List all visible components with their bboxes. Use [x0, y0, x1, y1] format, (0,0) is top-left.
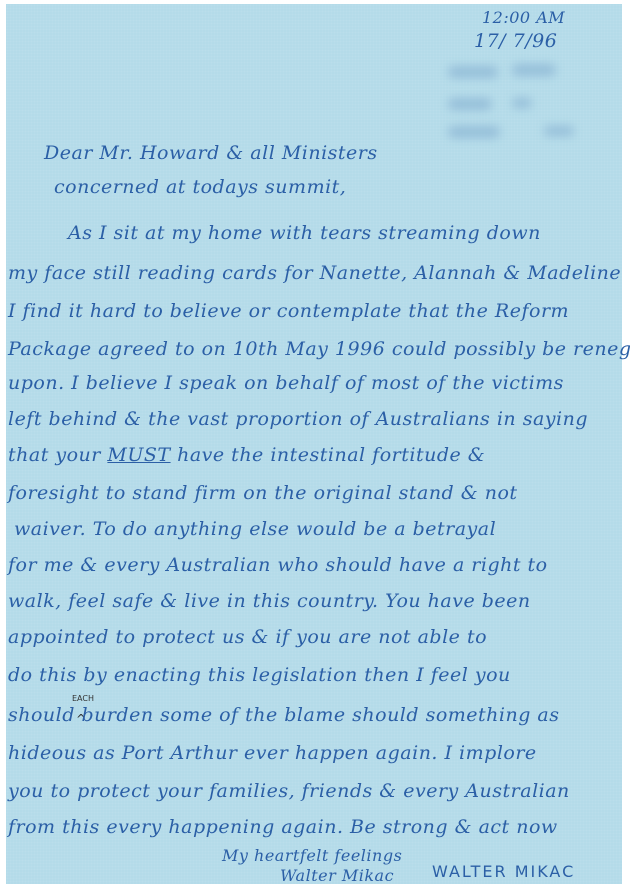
body-line: you to protect your families, friends & …	[8, 780, 570, 802]
body-line: waiver. To do anything else would be a b…	[14, 518, 496, 540]
salutation-line-2: concerned at todays summit,	[54, 176, 346, 198]
body-line: I find it hard to believe or contemplate…	[8, 300, 569, 322]
body-line: for me & every Australian who should hav…	[8, 554, 548, 576]
signature: Walter Mikac	[280, 866, 394, 885]
body-line: left behind & the vast proportion of Aus…	[8, 408, 588, 430]
body-line-start: should	[8, 704, 81, 726]
salutation-line-1: Dear Mr. Howard & all Ministers	[44, 142, 378, 164]
body-line: As I sit at my home with tears streaming…	[68, 222, 541, 244]
body-line: that your MUST have the intestinal forti…	[8, 444, 485, 466]
body-line-rest: burden some of the blame should somethin…	[81, 704, 559, 726]
emphasis-must: MUST	[107, 444, 170, 466]
body-line: do this by enacting this legislation the…	[8, 664, 511, 686]
body-line: should burden some of the blame should s…	[8, 704, 560, 726]
body-line-rest: have the intestinal fortitude &	[171, 444, 486, 466]
closing: My heartfelt feelings	[222, 846, 402, 865]
body-line: foresight to stand firm on the original …	[8, 482, 518, 504]
body-line: Package agreed to on 10th May 1996 could…	[8, 338, 630, 360]
body-line-start: that your	[8, 444, 107, 466]
body-line: my face still reading cards for Nanette,…	[8, 262, 621, 284]
letter-time: 12:00 AM	[482, 8, 565, 27]
letter-date: 17/ 7/96	[474, 30, 557, 52]
body-line: appointed to protect us & if you are not…	[8, 626, 487, 648]
body-line: walk, feel safe & live in this country. …	[8, 590, 531, 612]
letter-paper: 12:00 AM 17/ 7/96 Dear Mr. Howard & all …	[6, 4, 622, 884]
body-line: upon. I believe I speak on behalf of mos…	[8, 372, 564, 394]
printed-name: WALTER MIKAC	[432, 862, 575, 881]
body-line: hideous as Port Arthur ever happen again…	[8, 742, 537, 764]
body-line: from this every happening again. Be stro…	[8, 816, 558, 838]
insertion-note: EACH	[72, 694, 94, 703]
